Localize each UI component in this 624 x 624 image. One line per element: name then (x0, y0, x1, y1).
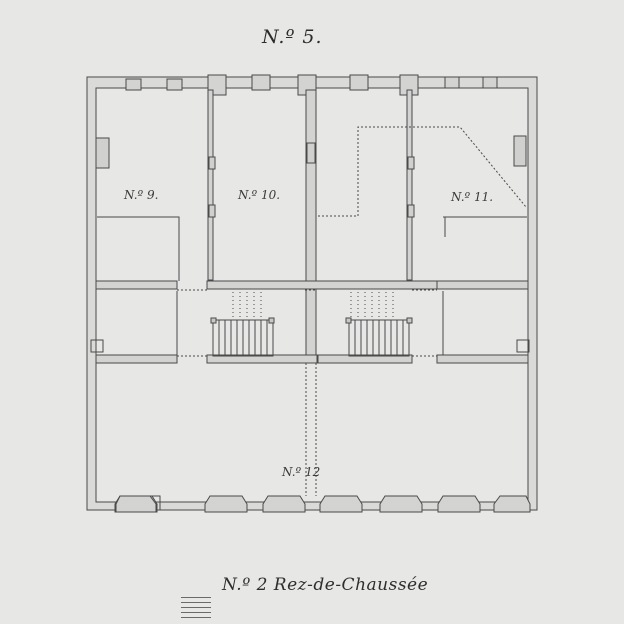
plan-caption: N.º 2 Rez-de-Chaussée (222, 575, 428, 595)
room-12-label: N.º 12 (282, 465, 320, 479)
room-10-label: N.º 10. (238, 188, 280, 202)
floor-plan (0, 0, 624, 624)
scale-bar-icon (181, 597, 211, 624)
room-9-label: N.º 9. (124, 188, 158, 202)
room-11-label: N.º 11. (451, 190, 493, 204)
drawing-sheet: N.º 5. (0, 0, 624, 624)
